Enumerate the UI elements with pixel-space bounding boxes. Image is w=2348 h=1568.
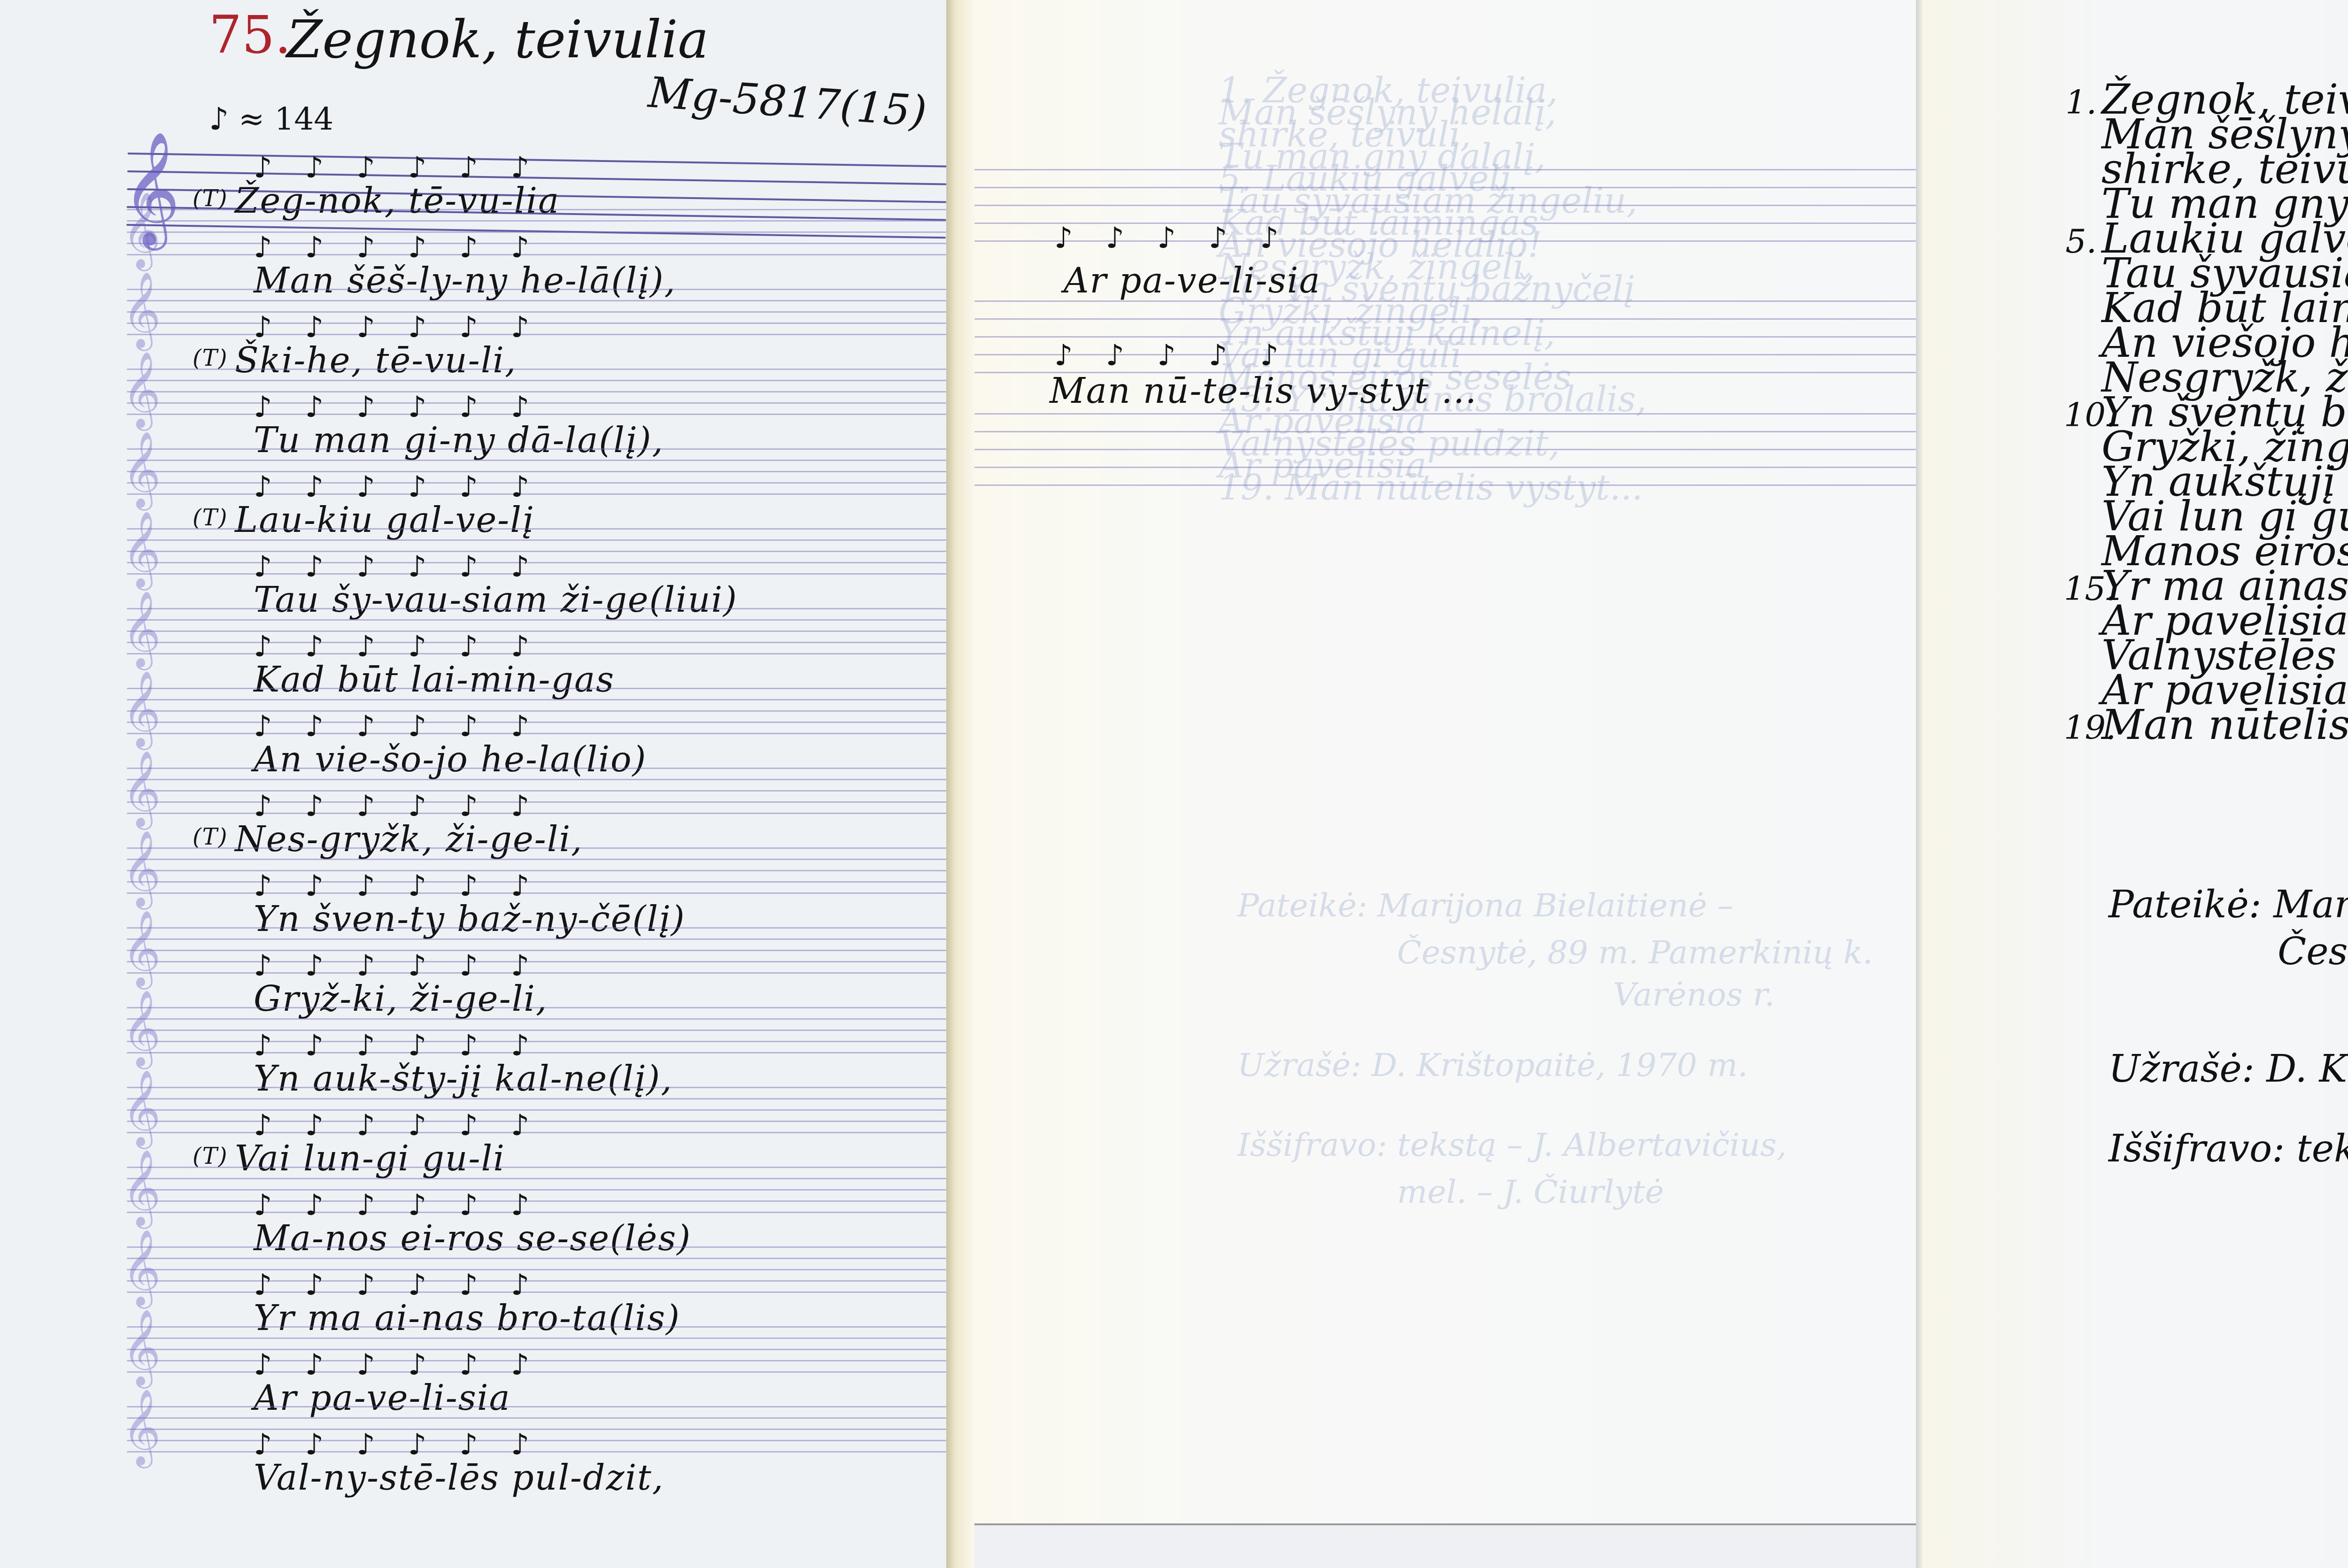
verse-number: 1. bbox=[2064, 83, 2097, 122]
bleed-through-meta: Pateikė: Marijona Bielaitienė – bbox=[1237, 887, 1733, 924]
voice-marker: (T) bbox=[193, 824, 228, 850]
voice-marker: (T) bbox=[193, 185, 228, 212]
bleed-through-meta: Česnytė, 89 m. Pamerkinių k. bbox=[1397, 934, 1873, 971]
transcribed-by: Iššifravo: tekstą – J. Albertavičius, bbox=[2109, 1127, 2348, 1170]
note-row: ♪♪♪♪♪ bbox=[1054, 338, 1312, 372]
note-row: ♪♪♪♪♪♪ bbox=[254, 1028, 562, 1062]
treble-clef-icon: 𝄞 bbox=[122, 1394, 161, 1460]
lyric-line: Ar pa-ve-li-sia bbox=[1064, 261, 1321, 301]
note-row: ♪♪♪♪♪♪ bbox=[254, 150, 562, 184]
performer-info-line2: Česnytė, 89 m. Pamerkinių k. bbox=[2278, 930, 2348, 973]
note-row: ♪♪♪♪♪♪ bbox=[254, 869, 562, 903]
tempo-marking: ♪ ≈ 144 bbox=[209, 101, 333, 137]
note-row: ♪♪♪♪♪ bbox=[1054, 221, 1312, 255]
note-row: ♪♪♪♪♪♪ bbox=[254, 1268, 562, 1302]
treble-clef-icon: 𝄞 bbox=[122, 357, 161, 423]
note-row: ♪♪♪♪♪♪ bbox=[254, 469, 562, 504]
lyric-line: Val-ny-stē-lēs pul-dzit, bbox=[254, 1458, 664, 1498]
treble-clef-icon: 𝄞 bbox=[122, 596, 161, 662]
bleed-through-meta: Iššifravo: tekstą – J. Albertavičius, bbox=[1237, 1127, 1787, 1164]
treble-clef-icon: 𝄞 bbox=[122, 516, 161, 582]
voice-marker: (T) bbox=[193, 505, 228, 531]
note-row: ♪♪♪♪♪♪ bbox=[254, 310, 562, 344]
scan-background bbox=[974, 1525, 1916, 1568]
song-number: 75. bbox=[209, 5, 291, 65]
treble-clef-icon: 𝄞 bbox=[122, 1235, 161, 1300]
staff bbox=[974, 413, 1916, 507]
archive-reference: Mg-5817(15) bbox=[647, 68, 928, 136]
voice-marker: (T) bbox=[193, 1143, 228, 1169]
verse-number: 10. bbox=[2064, 396, 2097, 434]
bleed-through-meta: Varėnos r. bbox=[1613, 976, 1775, 1014]
bleed-through-meta: mel. – J. Čiurlytė bbox=[1397, 1174, 1664, 1211]
note-row: ♪♪♪♪♪♪ bbox=[254, 709, 562, 743]
performer-name: Marijona Bielaitienė – bbox=[2273, 883, 2348, 926]
treble-clef-icon: 𝄞 bbox=[122, 197, 161, 263]
treble-clef-icon: 𝄞 bbox=[122, 995, 161, 1061]
voice-marker: (T) bbox=[193, 345, 228, 371]
verse-number: 5. bbox=[2064, 222, 2097, 261]
note-row: ♪♪♪♪♪♪ bbox=[254, 390, 562, 424]
note-row: ♪♪♪♪♪♪ bbox=[254, 629, 562, 663]
recorded-by: Užrašė: D. Krištopaitė, 1970 m. bbox=[2109, 1047, 2348, 1091]
note-row: ♪♪♪♪♪♪ bbox=[254, 789, 562, 823]
note-row: ♪♪♪♪♪♪ bbox=[254, 1188, 562, 1222]
treble-clef-icon: 𝄞 bbox=[122, 1314, 161, 1380]
left-manuscript-page: 75. Žegnok, teivulia Mg-5817(15) ♪ ≈ 144… bbox=[0, 0, 946, 1568]
verse-number: 15. bbox=[2064, 569, 2097, 608]
treble-clef-icon: 𝄞 bbox=[122, 1155, 161, 1221]
note-row: ♪♪♪♪♪♪ bbox=[254, 549, 562, 584]
treble-clef-icon: 𝄞 bbox=[122, 277, 161, 343]
verse-line: 19.Man nūtelis vystyt... bbox=[2064, 700, 2348, 749]
treble-clef-icon: 𝄞 bbox=[122, 676, 161, 742]
lyric-line: Man nū-te-lis vy-styt ... bbox=[1050, 371, 1477, 411]
note-row: ♪♪♪♪♪♪ bbox=[254, 1347, 562, 1382]
song-title: Žegnok, teivulia bbox=[286, 9, 709, 69]
page-gutter bbox=[946, 0, 974, 1568]
note-row: ♪♪♪♪♪♪ bbox=[254, 230, 562, 264]
treble-clef-icon: 𝄞 bbox=[122, 836, 161, 901]
page-gutter bbox=[1916, 0, 1923, 1568]
verse-text: Man nūtelis vystyt... bbox=[2101, 700, 2348, 749]
treble-clef-icon: 𝄞 bbox=[122, 756, 161, 822]
bleed-through-meta: Užrašė: D. Krištopaitė, 1970 m. bbox=[1237, 1047, 1748, 1084]
performer-label: Pateikė: bbox=[2109, 883, 2262, 926]
treble-clef-icon: 𝄞 bbox=[122, 915, 161, 981]
note-row: ♪♪♪♪♪♪ bbox=[254, 1108, 562, 1142]
middle-manuscript-page: 1. Žegnok, teivulia,Man šēšlyny helalį,s… bbox=[974, 0, 1916, 1525]
treble-clef-icon: 𝄞 bbox=[122, 437, 161, 502]
note-row: ♪♪♪♪♪♪ bbox=[254, 1427, 562, 1461]
note-row: ♪♪♪♪♪♪ bbox=[254, 948, 562, 983]
performer-info: Pateikė: Marijona Bielaitienė – bbox=[2109, 883, 2348, 926]
verse-number: 19. bbox=[2064, 708, 2097, 747]
treble-clef-icon: 𝄞 bbox=[122, 1075, 161, 1141]
